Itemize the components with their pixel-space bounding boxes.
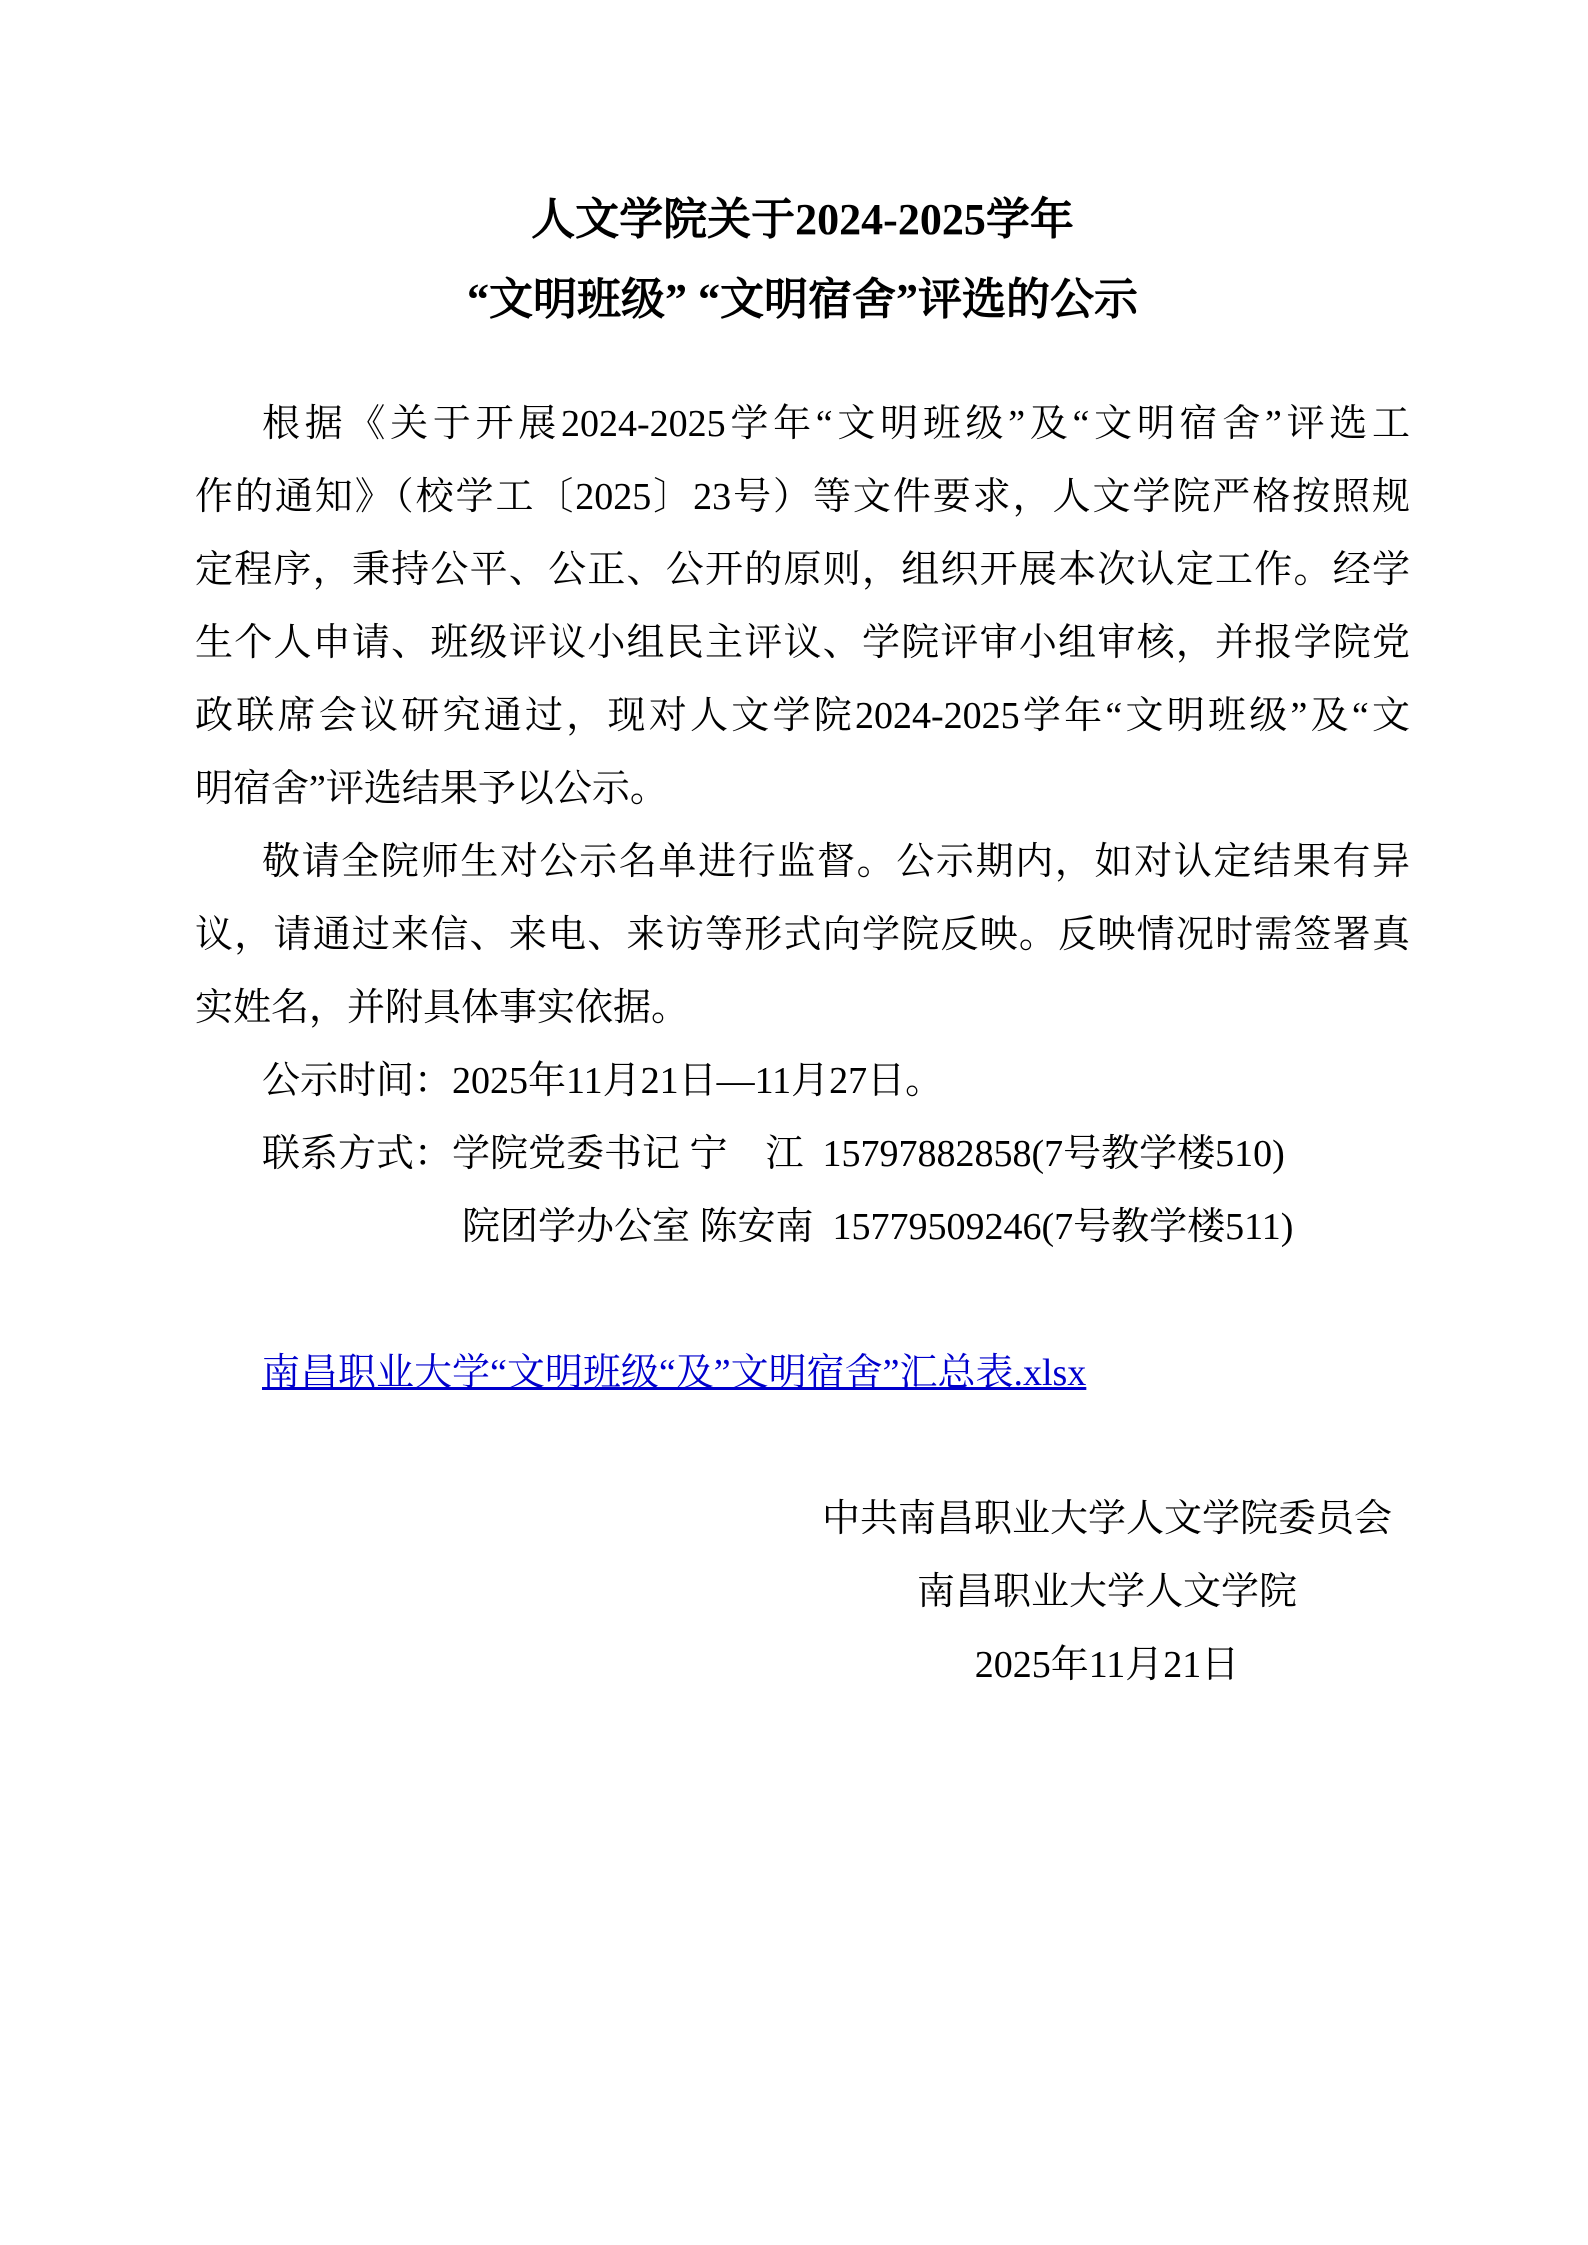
- body-line: 实姓名，并附具体事实依据。: [195, 972, 1410, 1045]
- signature-college: 南昌职业大学人文学院: [807, 1556, 1407, 1629]
- body-line: 议，请通过来信、来电、来访等形式向学院反映。反映情况时需签署真: [195, 899, 1410, 972]
- body-line: 根据《关于开展2024-2025学年“文明班级”及“文明宿舍”评选工: [195, 388, 1410, 461]
- publicity-period-line: 公示时间：2025年11月21日—11月27日。: [195, 1045, 1410, 1118]
- document-page: 人文学院关于2024-2025学年 “文明班级” “文明宿舍”评选的公示 根据《…: [0, 0, 1588, 2245]
- signature-block: 中共南昌职业大学人文学院委员会 南昌职业大学人文学院 2025年11月21日: [807, 1483, 1407, 1702]
- announcement-body: 根据《关于开展2024-2025学年“文明班级”及“文明宿舍”评选工 作的通知》…: [195, 388, 1410, 1264]
- document-content: 人文学院关于2024-2025学年 “文明班级” “文明宿舍”评选的公示 根据《…: [0, 0, 1588, 1702]
- body-line: 敬请全院师生对公示名单进行监督。公示期内，如对认定结果有异: [195, 826, 1410, 899]
- contact-line-1: 联系方式：学院党委书记 宁 江 15797882858(7号教学楼510): [195, 1118, 1410, 1191]
- body-line: 作的通知》（校学工〔2025〕23号）等文件要求，人文学院严格按照规: [195, 461, 1410, 534]
- body-line: 明宿舍”评选结果予以公示。: [195, 753, 1410, 826]
- title-line-2: “文明班级” “文明宿舍”评选的公示: [195, 260, 1410, 340]
- signature-date: 2025年11月21日: [807, 1629, 1407, 1702]
- attachment-xlsx-link[interactable]: 南昌职业大学“文明班级“及”文明宿舍”汇总表.xlsx: [262, 1352, 1086, 1394]
- page-title: 人文学院关于2024-2025学年 “文明班级” “文明宿舍”评选的公示: [195, 180, 1410, 340]
- contact-line-2: 院团学办公室 陈安南 15779509246(7号教学楼511): [195, 1191, 1410, 1264]
- body-line: 生个人申请、班级评议小组民主评议、学院评审小组审核，并报学院党: [195, 607, 1410, 680]
- body-line: 政联席会议研究通过，现对人文学院2024-2025学年“文明班级”及“文: [195, 680, 1410, 753]
- title-line-1: 人文学院关于2024-2025学年: [195, 180, 1410, 260]
- body-line: 定程序，秉持公平、公正、公开的原则，组织开展本次认定工作。经学: [195, 534, 1410, 607]
- signature-committee: 中共南昌职业大学人文学院委员会: [807, 1483, 1407, 1556]
- attachment-row: 南昌职业大学“文明班级“及”文明宿舍”汇总表.xlsx: [195, 1337, 1410, 1410]
